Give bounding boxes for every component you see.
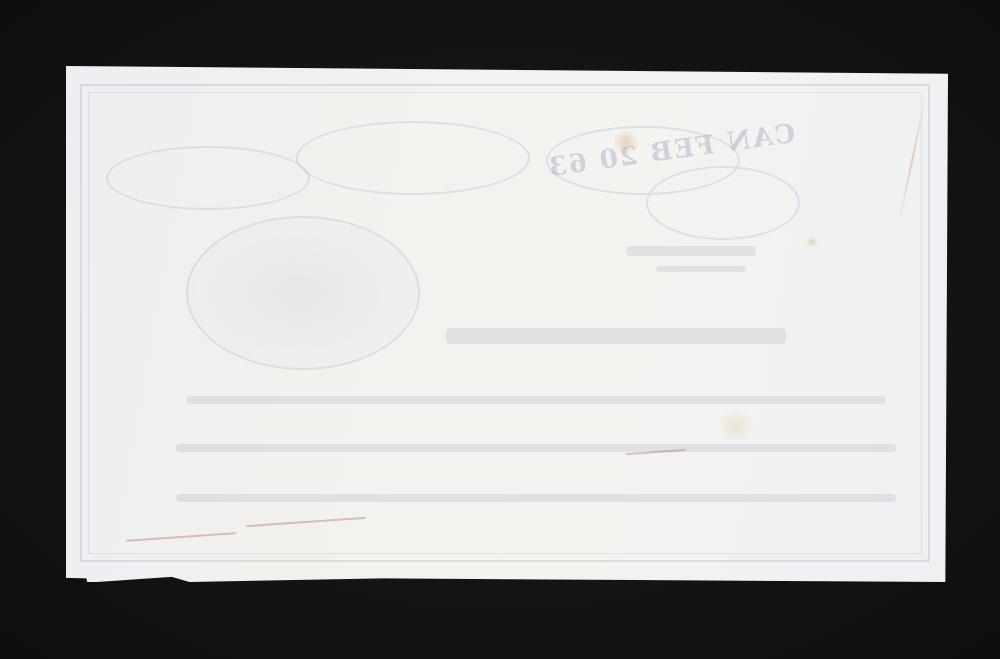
bleed-through-text-line (176, 444, 896, 452)
foxing-stain (611, 131, 641, 153)
bleed-through-text-line (176, 494, 896, 502)
foxing-stain (806, 236, 818, 248)
bleed-through-text-line (186, 396, 886, 404)
bleed-through-vignette (186, 216, 420, 370)
bleed-through-text-line (626, 246, 756, 256)
bleed-through-text-line (656, 266, 746, 272)
banknote-back: CAN FEB 20 63 (66, 66, 948, 582)
bleed-through-oval-top-left (106, 146, 310, 210)
bleed-through-text-line (446, 328, 786, 344)
bleed-through-oval-center (646, 166, 800, 240)
bleed-through-oval-top-middle (296, 121, 530, 195)
foxing-stain (716, 411, 756, 441)
